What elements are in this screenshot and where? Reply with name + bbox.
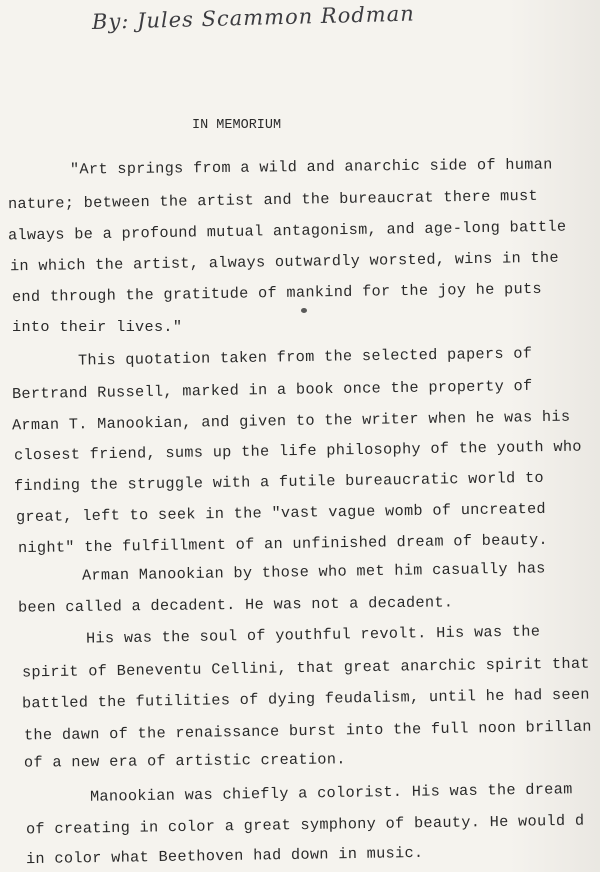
text-line: in color what Beethoven had down in musi… <box>26 844 424 868</box>
text-line: closest friend, sums up the life philoso… <box>14 438 582 465</box>
text-line: end through the gratitude of mankind for… <box>12 280 542 306</box>
text-line: of creating in color a great symphony of… <box>26 812 585 839</box>
text-line: been called a decadent. He was not a dec… <box>18 593 454 616</box>
text-line: great, left to seek in the "vast vague w… <box>16 500 546 526</box>
text-line: of a new era of artistic creation. <box>24 750 346 771</box>
text-line: always be a profound mutual antagonism, … <box>8 218 567 245</box>
text-line: the dawn of the renaissance burst into t… <box>24 718 592 745</box>
text-line: Arman T. Manookian, and given to the wri… <box>12 408 571 435</box>
author-signature: By: Jules Scammon Rodman <box>92 2 415 34</box>
text-line: in which the artist, always outwardly wo… <box>10 249 559 276</box>
text-line: His was the soul of youthful revolt. His… <box>86 622 541 647</box>
text-line: night" the fulfillment of an unfinished … <box>18 531 548 557</box>
text-line: into their lives." <box>12 318 182 336</box>
document-title: IN MEMORIUM <box>192 118 281 133</box>
text-line: Manookian was chiefly a colorist. His wa… <box>90 780 573 806</box>
text-line: Arman Manookian by those who met him cas… <box>82 559 546 584</box>
text-line: spirit of Beneventu Cellini, that great … <box>22 655 590 682</box>
text-line: Bertrand Russell, marked in a book once … <box>12 377 533 403</box>
text-line: battled the futilities of dying feudalis… <box>22 686 590 713</box>
document-page: By: Jules Scammon Rodman IN MEMORIUM "Ar… <box>0 0 600 872</box>
text-line: "Art springs from a wild and anarchic si… <box>70 155 553 178</box>
ink-smudge <box>301 308 307 313</box>
text-line: finding the struggle with a futile burea… <box>14 469 544 495</box>
text-line: nature; between the artist and the burea… <box>8 187 538 213</box>
text-line: This quotation taken from the selected p… <box>78 344 533 369</box>
